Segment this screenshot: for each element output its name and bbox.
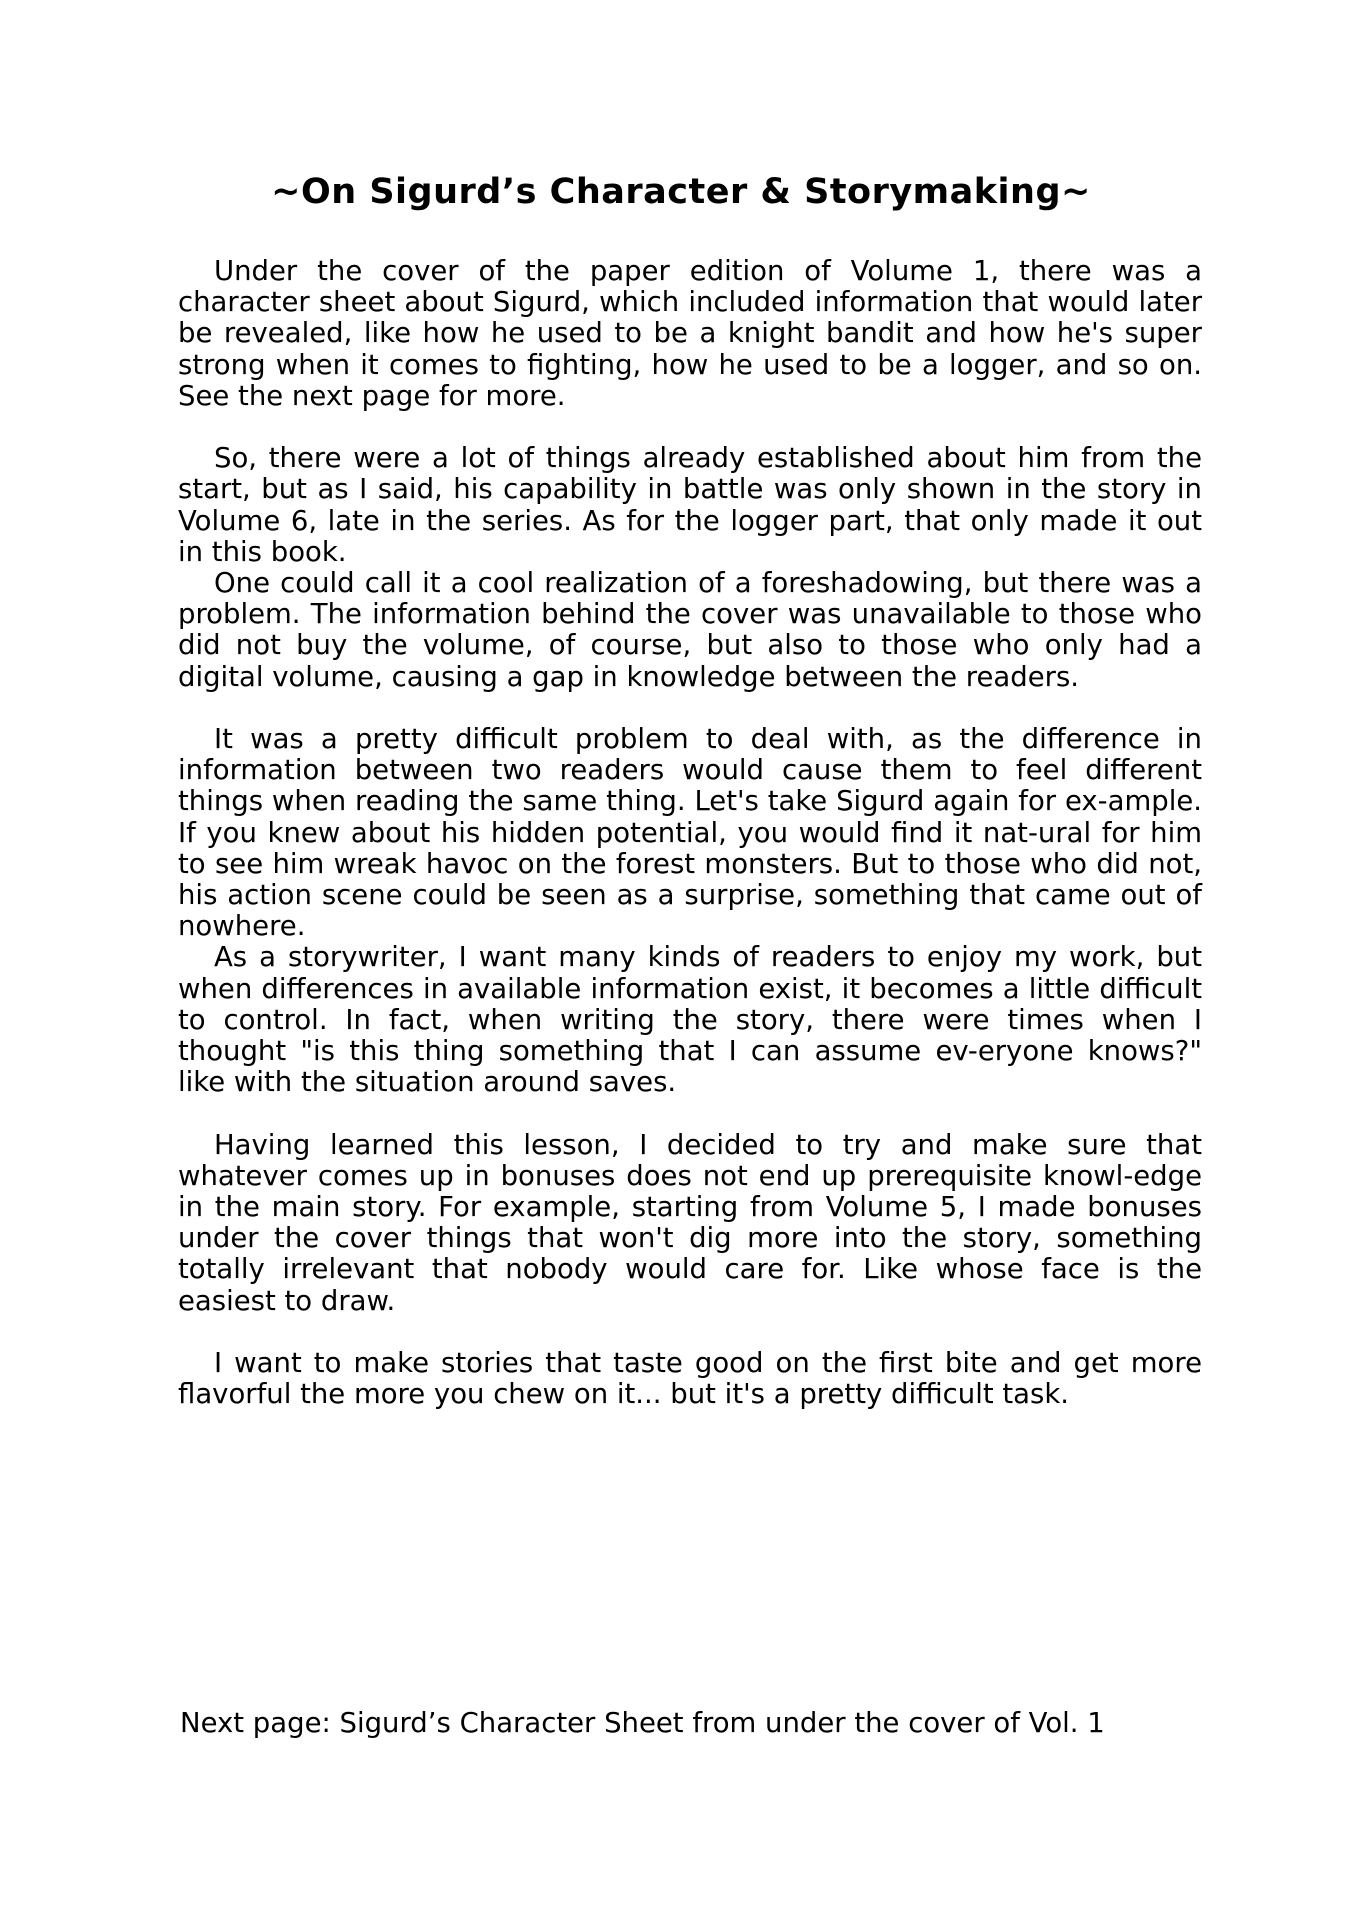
page-title: ~On Sigurd’s Character & Storymaking~ (0, 169, 1362, 215)
paragraph-2: So, there were a lot of things already e… (178, 443, 1202, 568)
document-page: ~On Sigurd’s Character & Storymaking~ Un… (0, 0, 1362, 1920)
paragraph-7: I want to make stories that taste good o… (178, 1348, 1202, 1410)
paragraph-6: Having learned this lesson, I decided to… (178, 1130, 1202, 1317)
paragraph-1: Under the cover of the paper edition of … (178, 256, 1202, 412)
paragraph-3: One could call it a cool realization of … (178, 568, 1202, 693)
paragraph-4: It was a pretty difficult problem to dea… (178, 724, 1202, 942)
body-text: Under the cover of the paper edition of … (178, 256, 1202, 1410)
paragraph-5: As a storywriter, I want many kinds of r… (178, 942, 1202, 1098)
next-page-note: Next page: Sigurd’s Character Sheet from… (180, 1706, 1210, 1740)
